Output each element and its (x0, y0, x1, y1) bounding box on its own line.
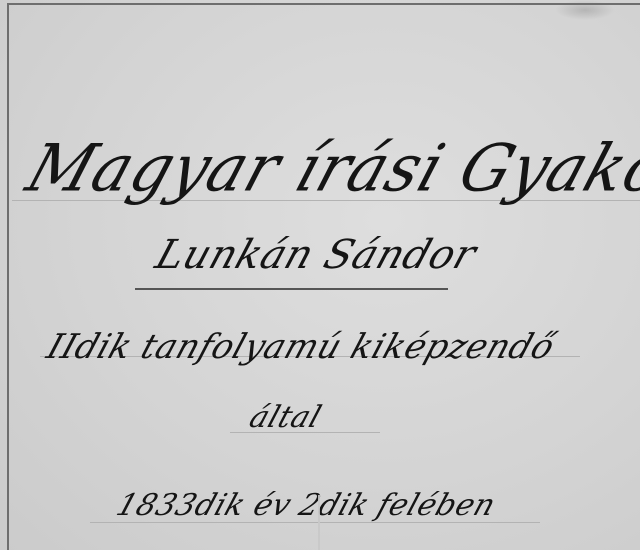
course-line: IIdik tanfolyamú kiképzendő (42, 327, 560, 367)
paper-fold (318, 495, 320, 550)
frame-border-top (7, 3, 640, 5)
date-line: 1833dik év 2dik felében (112, 488, 500, 523)
by-line: által (245, 400, 326, 435)
author-name: Lunkán Sándor (150, 232, 482, 278)
author-underline (135, 288, 448, 290)
frame-border-left (7, 3, 9, 550)
document-title: Magyar írási Gyakorlatok (18, 129, 640, 206)
